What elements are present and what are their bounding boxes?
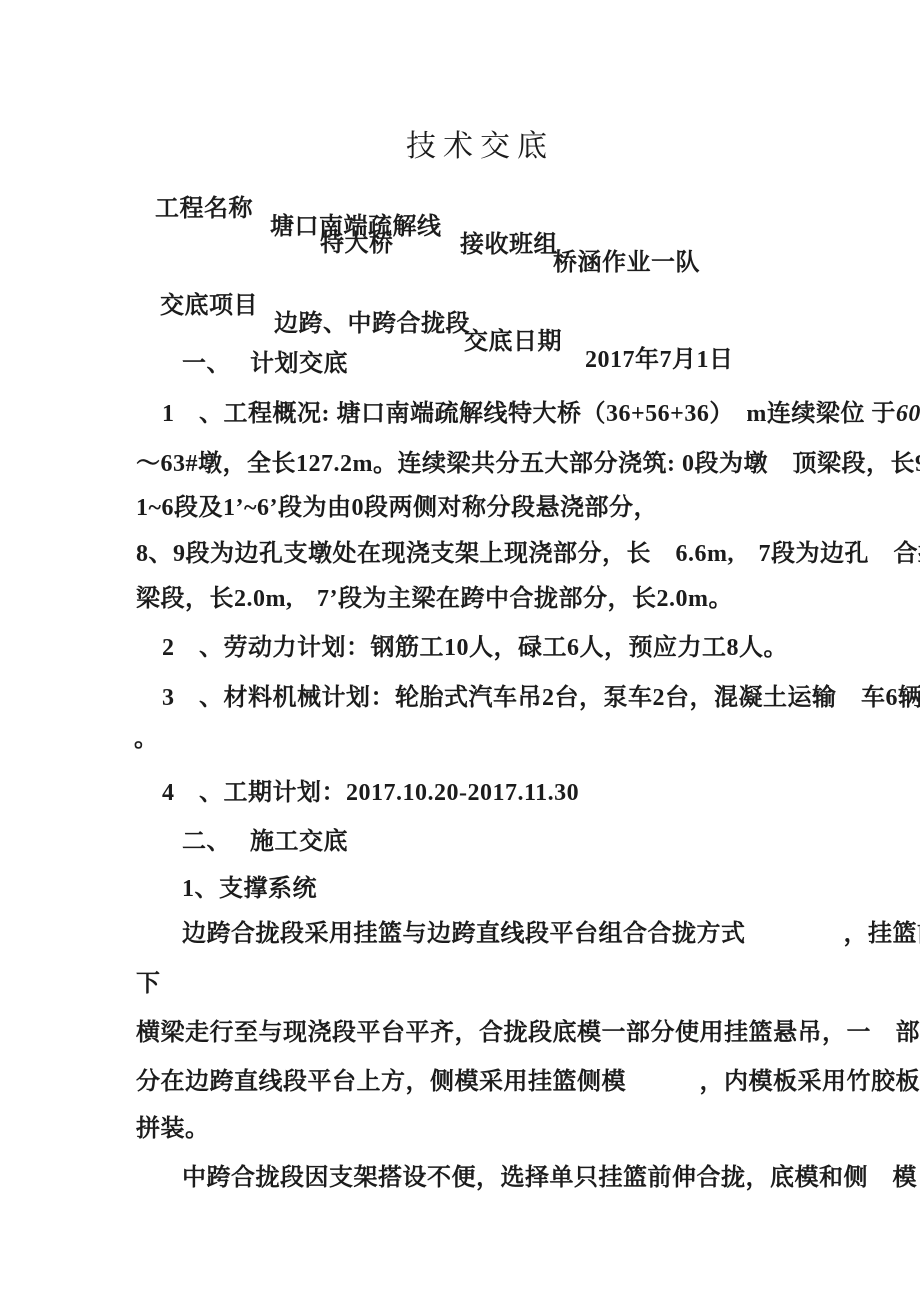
disclosure-date-value: 2017年7月1日 bbox=[585, 347, 734, 373]
machinery-plan-item: 3 、材料机械计划：轮胎式汽车吊2台，泵车2台，混凝土运输 车6辆 bbox=[162, 685, 920, 711]
overview-line-1-text: 1 、工程概况: 塘口南端疏解线特大桥（36+56+36） m连续梁位 于 bbox=[162, 401, 896, 427]
disclosure-item-value: 边跨、中跨合拢段 bbox=[274, 311, 470, 337]
document-title: 技术交底 bbox=[406, 121, 554, 165]
side-span-para-line-3: 横梁走行至与现浇段平台平齐，合拢段底模一部分使用挂篮悬吊，一 部 bbox=[136, 1020, 920, 1046]
header-row-disclosure: 交底项目 边跨、中跨合拢段 交底日期 2017年7月1日 bbox=[0, 275, 920, 305]
receiving-team-label: 接收班组 bbox=[460, 232, 558, 258]
header-row-project: 工程名称 塘口南端疏解线 接收班组 桥涵作业一队 bbox=[0, 178, 920, 208]
overview-line-1-pier-number: 60# bbox=[896, 401, 920, 427]
mid-span-para-line-1: 中跨合拢段因支架搭设不便，选择单只挂篮前伸合拢，底模和侧 模 bbox=[182, 1165, 917, 1191]
side-span-para-line-1: 边跨合拢段采用挂篮与边跨直线段平台组合合拢方式 ，挂篮前 bbox=[182, 921, 920, 947]
side-span-para-line-4: 分在边跨直线段平台上方，侧模采用挂篮侧模 ，内模板采用竹胶板 bbox=[136, 1069, 920, 1095]
machinery-plan-item-cont: 。 bbox=[134, 726, 159, 752]
receiving-team-value: 桥涵作业一队 bbox=[553, 250, 700, 276]
overview-line-2: ～63#墩，全长127.2m。连续梁共分五大部分浇筑: 0段为墩 顶梁段，长9m bbox=[136, 451, 920, 477]
overview-line-3: 1~6段及1’~6’段为由0段两侧对称分段悬浇部分， bbox=[136, 495, 658, 521]
overview-line-1: 1 、工程概况: 塘口南端疏解线特大桥（36+56+36） m连续梁位 于60# bbox=[162, 401, 920, 427]
section-1-heading: 一、 计划交底 bbox=[182, 351, 348, 377]
overview-line-5: 梁段，长2.0m, 7’段为主梁在跨中合拢部分，长2.0m。 bbox=[136, 586, 733, 612]
labor-plan-item: 2 、劳动力计划：钢筋工10人，碌工6人，预应力工8人。 bbox=[162, 635, 788, 661]
overview-line-4: 8、9段为边孔支墩处在现浇支架上现浇部分，长 6.6m, 7段为边孔 合拢 bbox=[136, 541, 920, 567]
subsection-support-system-heading: 1、支撑系统 bbox=[182, 876, 317, 902]
side-span-para-line-2: 下 bbox=[136, 971, 161, 997]
schedule-plan-item: 4 、工期计划：2017.10.20-2017.11.30 bbox=[162, 780, 579, 806]
section-2-heading: 二、 施工交底 bbox=[182, 829, 348, 855]
side-span-para-line-5: 拼装。 bbox=[136, 1116, 210, 1142]
disclosure-item-label: 交底项目 bbox=[160, 293, 258, 319]
project-name-value-cont: 特大桥 bbox=[320, 231, 394, 257]
disclosure-date-label: 交底日期 bbox=[464, 329, 562, 355]
document-page: 技术交底 工程名称 塘口南端疏解线 接收班组 桥涵作业一队 特大桥 交底项目 边… bbox=[0, 0, 920, 1303]
project-name-label: 工程名称 bbox=[155, 196, 253, 222]
